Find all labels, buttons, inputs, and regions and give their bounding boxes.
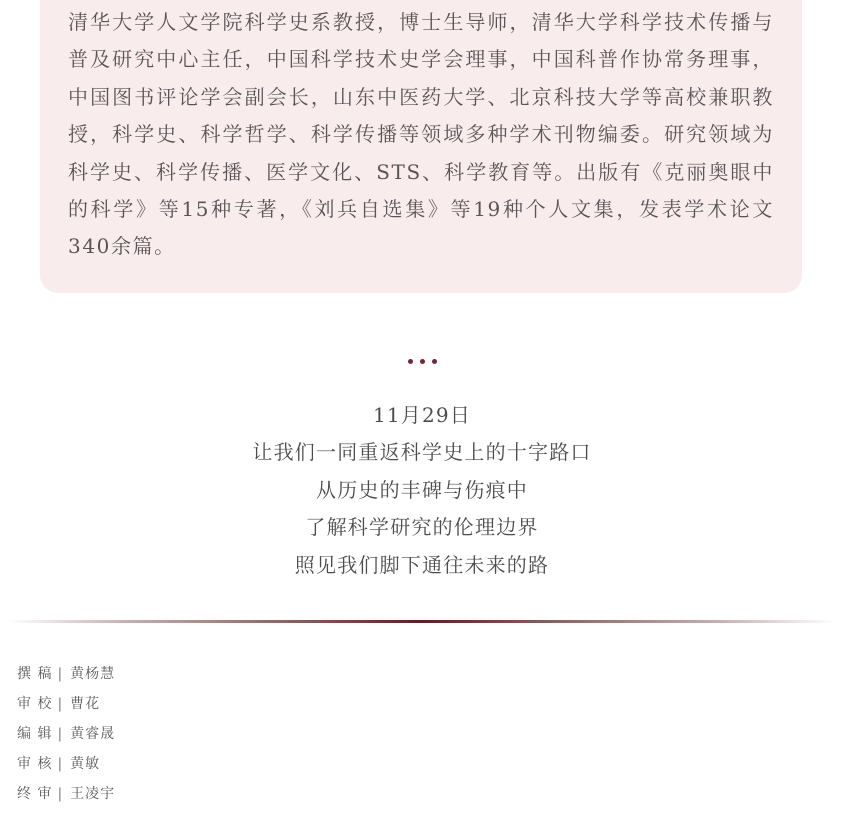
dot-icon: [408, 359, 413, 364]
credit-role: 撰 稿: [17, 666, 52, 682]
credit-name: 黄敏: [70, 756, 100, 772]
event-announcement: 11月29日 让我们一同重返科学史上的十字路口 从历史的丰碑与伤痕中 了解科学研…: [0, 397, 844, 585]
event-line: 了解科学研究的伦理边界: [0, 509, 844, 547]
gradient-divider: [8, 620, 836, 623]
credit-row: 编 辑|黄睿晟: [17, 719, 844, 749]
bio-text: 清华大学人文学院科学史系教授，博士生导师，清华大学科学技术传播与普及研究中心主任…: [68, 4, 774, 266]
dot-icon: [420, 359, 425, 364]
credit-row: 终 审|王凌宇: [17, 779, 844, 809]
credit-separator: |: [57, 696, 63, 712]
credit-role: 审 核: [17, 756, 52, 772]
event-date: 11月29日: [0, 397, 844, 435]
credit-name: 黄睿晟: [70, 726, 115, 742]
credit-name: 黄杨慧: [70, 666, 115, 682]
dot-icon: [432, 359, 437, 364]
credit-row: 审 核|黄敏: [17, 749, 844, 779]
event-line: 照见我们脚下通往未来的路: [0, 547, 844, 585]
credit-separator: |: [57, 786, 63, 802]
credits-list: 撰 稿|黄杨慧 审 校|曹花 编 辑|黄睿晟 审 核|黄敏 终 审|王凌宇: [17, 659, 844, 809]
credit-separator: |: [57, 726, 63, 742]
credit-name: 王凌宇: [70, 786, 115, 802]
bio-card: 清华大学人文学院科学史系教授，博士生导师，清华大学科学技术传播与普及研究中心主任…: [40, 0, 802, 293]
article-page: 清华大学人文学院科学史系教授，博士生导师，清华大学科学技术传播与普及研究中心主任…: [0, 0, 844, 836]
credit-row: 撰 稿|黄杨慧: [17, 659, 844, 689]
credit-role: 编 辑: [17, 726, 52, 742]
credit-separator: |: [57, 756, 63, 772]
credit-separator: |: [57, 666, 63, 682]
credit-row: 审 校|曹花: [17, 689, 844, 719]
credit-role: 终 审: [17, 786, 52, 802]
event-line: 让我们一同重返科学史上的十字路口: [0, 434, 844, 472]
credit-name: 曹花: [70, 696, 100, 712]
three-dots-separator-icon: [0, 359, 844, 364]
credit-role: 审 校: [17, 696, 52, 712]
event-line: 从历史的丰碑与伤痕中: [0, 472, 844, 510]
